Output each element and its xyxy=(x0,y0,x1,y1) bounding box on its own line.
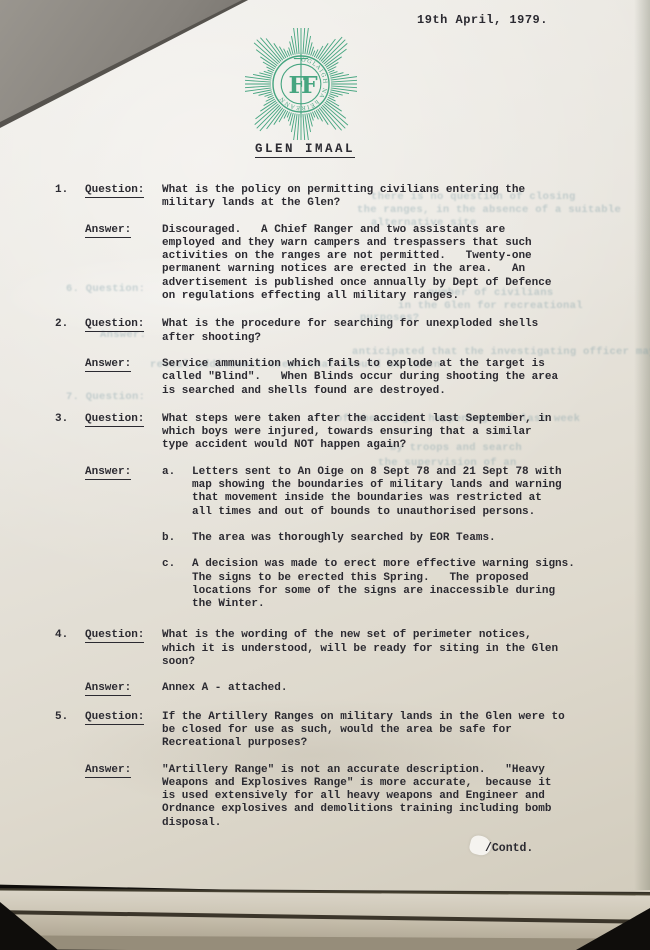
question-label: Question: xyxy=(85,711,144,725)
answer-label: Answer: xyxy=(85,764,131,778)
answer-row: Answer: a. Letters sent to An Oige on 8 … xyxy=(55,466,608,612)
question-row: 4. Question: What is the wording of the … xyxy=(55,629,608,669)
question-number: 1. xyxy=(55,184,85,211)
subitem-text: The area was thoroughly searched by EOR … xyxy=(192,532,608,545)
question-label: Question: xyxy=(85,184,144,198)
question-text: What steps were taken after the accident… xyxy=(162,413,608,453)
continued-marker: /Contd. xyxy=(485,842,533,855)
answer-text: Discouraged. A Chief Ranger and two assi… xyxy=(162,224,608,304)
answer-label: Answer: xyxy=(85,358,131,372)
page-title: GLEN IMAAL xyxy=(0,139,650,158)
question-row: 1. Question: What is the policy on permi… xyxy=(55,184,608,211)
qa-item-2: 2. Question: What is the procedure for s… xyxy=(55,318,608,397)
question-label: Question: xyxy=(85,413,144,427)
question-row: 5. Question: If the Artillery Ranges on … xyxy=(55,711,608,751)
question-text: What is the procedure for searching for … xyxy=(162,318,608,345)
subitem-text: Letters sent to An Oige on 8 Sept 78 and… xyxy=(192,466,608,519)
answer-text: Service ammunition which fails to explod… xyxy=(162,358,608,398)
answer-row: Answer: "Artillery Range" is not an accu… xyxy=(55,764,608,830)
answer-subitem-b: b. The area was thoroughly searched by E… xyxy=(162,532,608,545)
answer-label: Answer: xyxy=(85,224,131,238)
qa-item-3: 3. Question: What steps were taken after… xyxy=(55,413,608,612)
defence-forces-badge: ÓGLAIGH NA hÉIREANN FF xyxy=(245,28,357,140)
question-number: 3. xyxy=(55,413,85,453)
badge-ff-monogram: FF xyxy=(288,71,318,99)
underlying-sheet-edge xyxy=(0,935,650,950)
question-label: Question: xyxy=(85,629,144,643)
answer-row: Answer: Annex A - attached. xyxy=(55,682,608,695)
document-body: 1. Question: What is the policy on permi… xyxy=(0,184,650,845)
question-row: 3. Question: What steps were taken after… xyxy=(55,413,608,453)
answer-label: Answer: xyxy=(85,466,131,480)
answer-row: Answer: Discouraged. A Chief Ranger and … xyxy=(55,224,608,304)
question-number: 5. xyxy=(55,711,85,751)
question-number: 4. xyxy=(55,629,85,669)
question-row: 2. Question: What is the procedure for s… xyxy=(55,318,608,345)
question-number: 2. xyxy=(55,318,85,345)
qa-item-1: 1. Question: What is the policy on permi… xyxy=(55,184,608,303)
subitem-text: A decision was made to erect more effect… xyxy=(192,558,608,611)
answer-text: Annex A - attached. xyxy=(162,682,608,695)
question-text: If the Artillery Ranges on military land… xyxy=(162,711,608,751)
subitem-marker: c. xyxy=(162,558,192,611)
answer-text: "Artillery Range" is not an accurate des… xyxy=(162,764,608,830)
qa-item-5: 5. Question: If the Artillery Ranges on … xyxy=(55,711,608,830)
question-text: What is the wording of the new set of pe… xyxy=(162,629,608,669)
answer-subitem-c: c. A decision was made to erect more eff… xyxy=(162,558,608,611)
qa-item-4: 4. Question: What is the wording of the … xyxy=(55,629,608,695)
answer-label: Answer: xyxy=(85,682,131,696)
subitem-marker: a. xyxy=(162,466,192,519)
answer-sublist: a. Letters sent to An Oige on 8 Sept 78 … xyxy=(162,466,608,612)
subitem-marker: b. xyxy=(162,532,192,545)
answer-subitem-a: a. Letters sent to An Oige on 8 Sept 78 … xyxy=(162,466,608,519)
answer-row: Answer: Service ammunition which fails t… xyxy=(55,358,608,398)
question-text: What is the policy on permitting civilia… xyxy=(162,184,608,211)
photographed-document: there is no question of closingthe range… xyxy=(0,0,650,950)
question-label: Question: xyxy=(85,318,144,332)
document-date: 19th April, 1979. xyxy=(417,13,548,27)
